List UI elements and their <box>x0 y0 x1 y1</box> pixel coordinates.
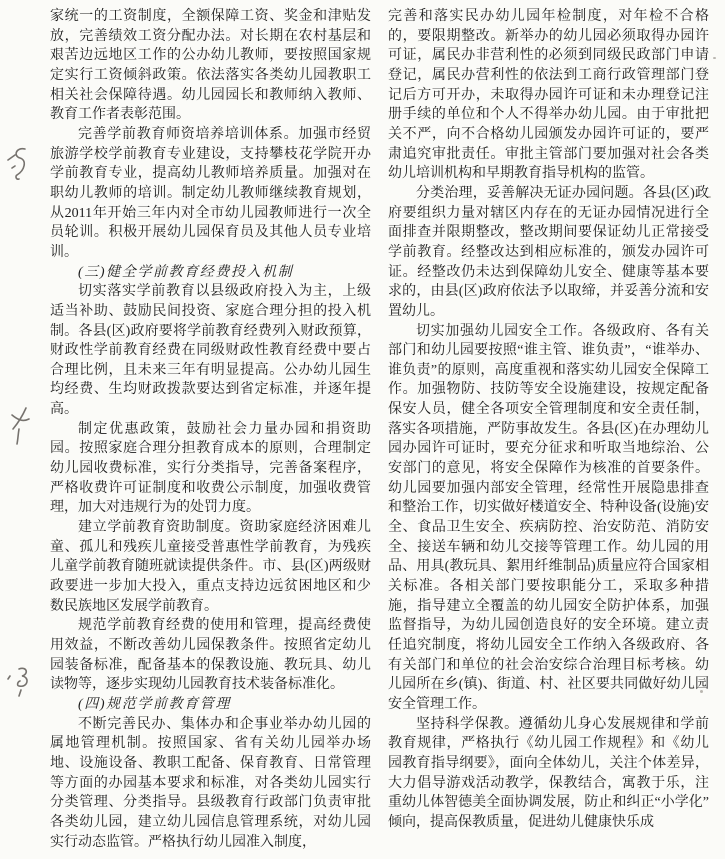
paragraph: 规范学前教育经费的使用和管理，提高经费使用效益，不断改善幼儿园保教条件。按照省定… <box>50 616 371 695</box>
paragraph: 制定优惠政策，鼓励社会力量办园和捐资助园。按照家庭合理分担教育成本的原则，合理制… <box>50 420 371 518</box>
paragraph: 切实加强幼儿园安全工作。各级政府、各有关部门和幼儿园要按照“谁主管、谁负责”，“… <box>388 322 709 715</box>
paragraph: 切实落实学前教育以县级政府投入为主，上级适当补助、鼓励民间投资、家庭合理分担的投… <box>50 282 371 420</box>
text-columns: 家统一的工资制度，全额保障工资、奖金和津贴发放，完善绩效工资分配办法。对长期在农… <box>0 0 725 852</box>
paragraph: 完善学前教育师资培养培训体系。加强市经贸旅游学校学前教育专业建设，支持攀枝花学院… <box>50 125 371 263</box>
right-column: 完善和落实民办幼儿园年检制度，对年检不合格的，要限期整改。新举办的幼儿园必须取得… <box>388 7 709 852</box>
paragraph: 分类治理，妥善解决无证办园问题。各县(区)政府要组织力量对辖区内存在的无证办园情… <box>388 184 709 322</box>
section-heading: (四)规范学前教育管理 <box>50 695 371 715</box>
paragraph: 家统一的工资制度，全额保障工资、奖金和津贴发放，完善绩效工资分配办法。对长期在农… <box>50 7 371 125</box>
paragraph: 建立学前教育资助制度。资助家庭经济困难儿童、孤儿和残疾儿童接受普惠性学前教育，为… <box>50 518 371 616</box>
left-column: 家统一的工资制度，全额保障工资、奖金和津贴发放，完善绩效工资分配办法。对长期在农… <box>50 7 371 852</box>
paragraph: 完善和落实民办幼儿园年检制度，对年检不合格的，要限期整改。新举办的幼儿园必须取得… <box>388 7 709 184</box>
scanned-page: 家统一的工资制度，全额保障工资、奖金和津贴发放，完善绩效工资分配办法。对长期在农… <box>0 0 725 859</box>
paragraph: 坚持科学保教。遵循幼儿身心发展规律和学前教育规律，严格执行《幼儿园工作规程》和《… <box>388 715 709 833</box>
section-heading: (三)健全学前教育经费投入机制 <box>50 263 371 283</box>
paragraph: 不断完善民办、集体办和企事业举办幼儿园的属地管理机制。按照国家、省有关幼儿园举办… <box>50 715 371 853</box>
